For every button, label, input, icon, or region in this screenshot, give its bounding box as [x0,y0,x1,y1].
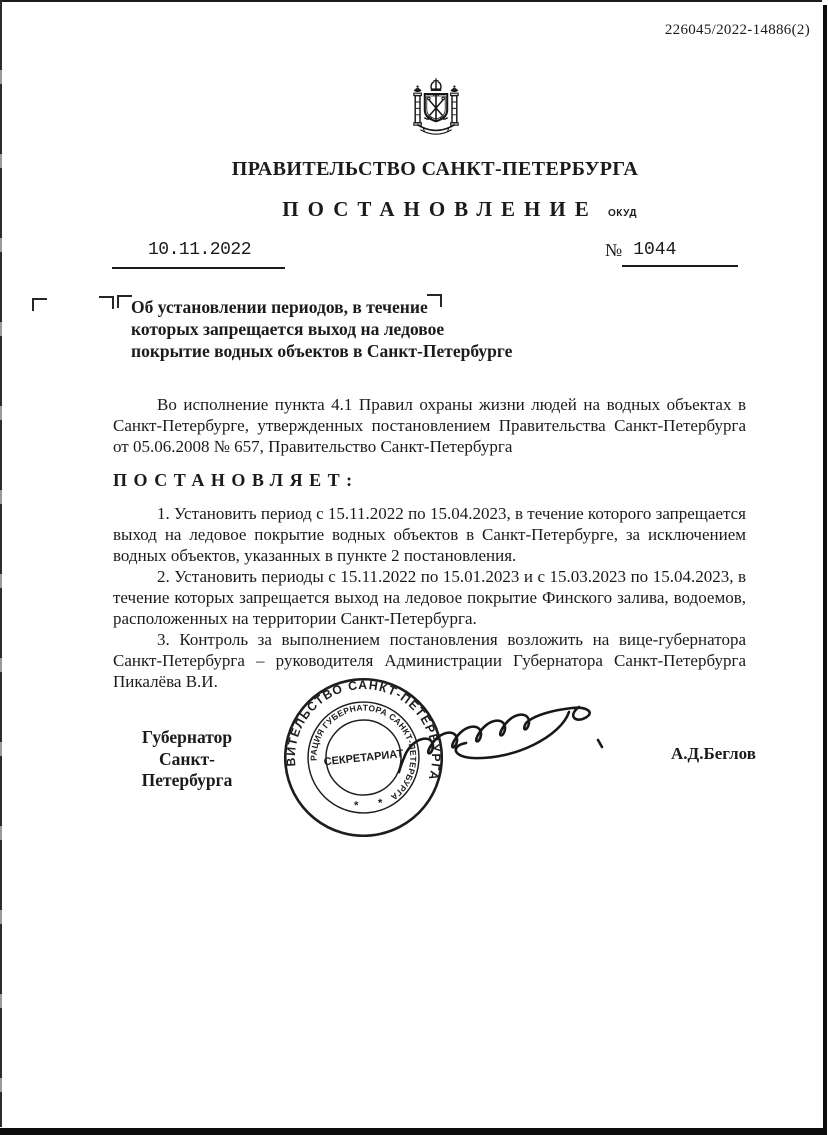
number-sign: № [605,240,622,261]
resolves-heading: ПОСТАНОВЛЯЕТ: [113,470,359,491]
spb-coat-of-arms-icon [394,78,478,150]
crop-mark-open-left [32,298,47,311]
resolution-item-2: 2. Установить периоды с 15.11.2022 по 15… [113,566,746,629]
date-value: 10.11.2022 [148,240,251,260]
signatory-name: А.Д.Беглов [671,744,756,764]
number-value: 1044 [633,240,676,260]
scan-edge-top [0,0,822,2]
document-subject: Об установлении периодов, в течение кото… [131,296,531,362]
signatory-title: Губернатор Санкт-Петербурга [114,727,260,792]
crop-mark-close-left [99,296,114,309]
resolution-items: 1. Установить период с 15.11.2022 по 15.… [113,503,746,692]
resolution-item-1: 1. Установить период с 15.11.2022 по 15.… [113,503,746,566]
date-field: 10.11.2022 [112,240,285,269]
registration-number: 226045/2022-14886(2) [665,22,810,39]
scan-edge-left [0,0,2,1127]
okud-label: ОКУД [608,208,637,219]
crop-mark-open-subject [117,295,132,308]
preamble-paragraph: Во исполнение пункта 4.1 Правил охраны ж… [113,394,746,457]
scanned-document-page: 226045/2022-14886(2) [0,0,828,1135]
scan-edge-bottom [0,1128,824,1135]
number-field: № 1044 [605,240,738,267]
org-name-title: ПРАВИТЕЛЬСТВО САНКТ-ПЕТЕРБУРГА [42,158,828,181]
stamp-bottom-marks: * * [354,796,392,812]
doc-type-title: ПОСТАНОВЛЕНИЕ [52,197,828,222]
handwritten-signature [393,688,638,783]
